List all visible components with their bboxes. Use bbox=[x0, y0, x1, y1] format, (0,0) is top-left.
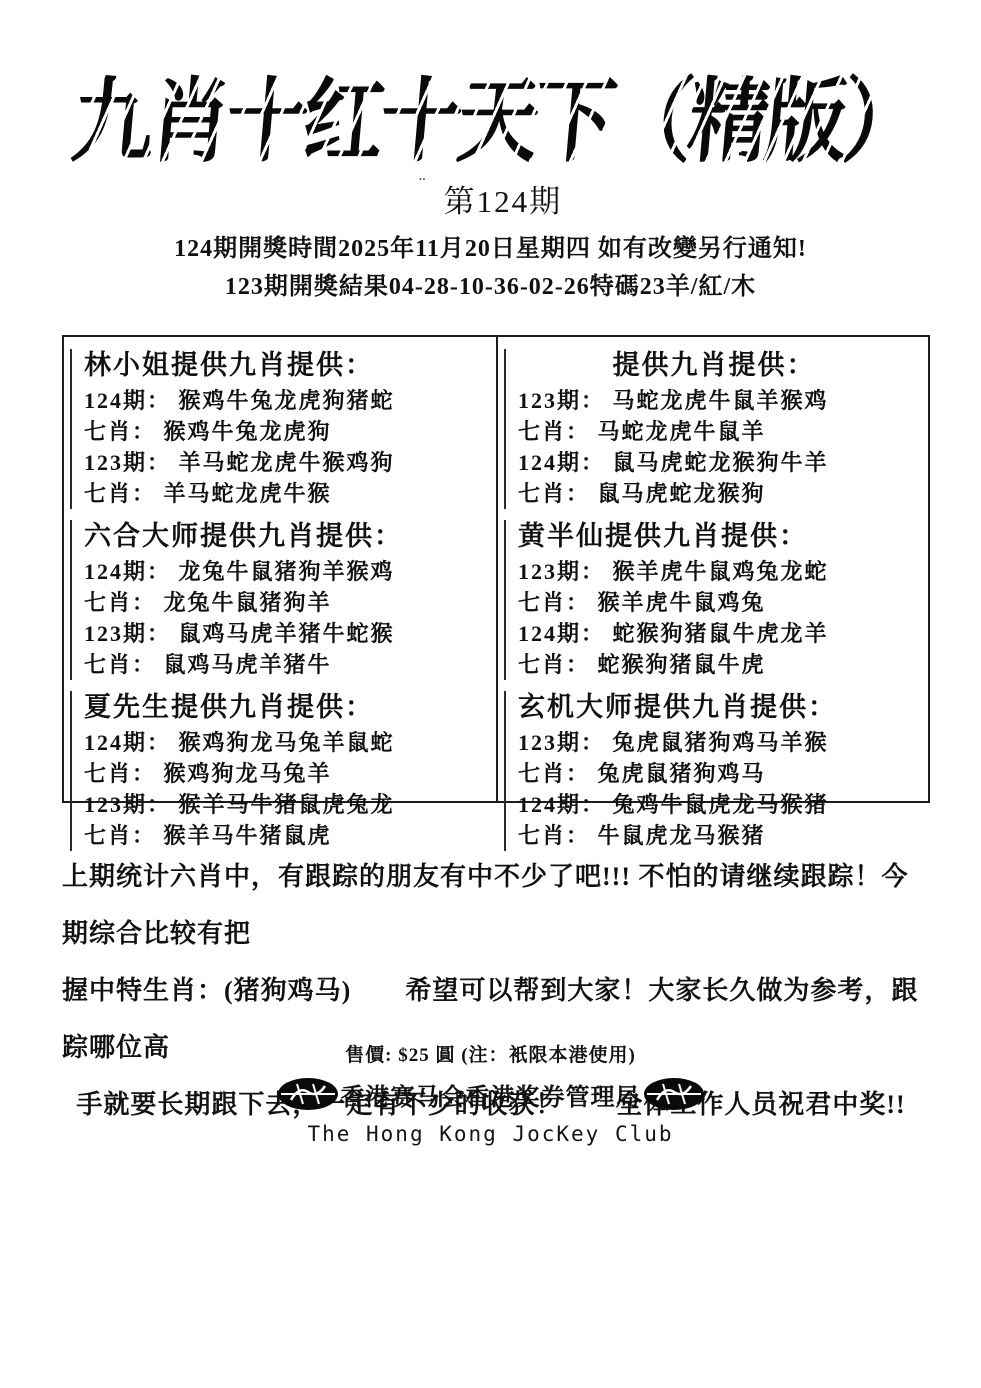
prediction-row: 七肖： 马蛇龙虎牛鼠羊 bbox=[518, 416, 922, 447]
prediction-row: 七肖： 猴羊马牛猪鼠虎 bbox=[84, 820, 490, 851]
tipster-block-xuanji: 玄机大师提供九肖提供： 123期： 兔虎鼠猪狗鸡马羊猴 七肖： 兔虎鼠猪狗鸡马 … bbox=[504, 691, 922, 851]
prediction-row: 七肖： 猴鸡牛兔龙虎狗 bbox=[84, 416, 490, 447]
commentary-line: 上期统计六肖中，有跟踪的朋友有中不少了吧!!! 不怕的请继续跟踪！今期综合比较有… bbox=[62, 848, 920, 962]
tipster-header: 黄半仙提供九肖提供： bbox=[518, 520, 922, 552]
prediction-row: 124期： 猴鸡狗龙马兔羊鼠蛇 bbox=[84, 727, 490, 758]
predictions-panel: 林小姐提供九肖提供： 124期： 猴鸡牛兔龙虎狗猪蛇 七肖： 猴鸡牛兔龙虎狗 1… bbox=[62, 335, 930, 803]
tipster-block-lin: 林小姐提供九肖提供： 124期： 猴鸡牛兔龙虎狗猪蛇 七肖： 猴鸡牛兔龙虎狗 1… bbox=[70, 349, 490, 509]
prediction-row: 123期： 兔虎鼠猪狗鸡马羊猴 bbox=[518, 727, 922, 758]
jockey-club-name-cn: 香港赛马会香港奖券管理局 bbox=[341, 1077, 641, 1112]
draw-time-notice: 124期開獎時間2025年11月20日星期四 如有改變另行通知! bbox=[0, 228, 981, 263]
prediction-row: 123期： 猴羊马牛猪鼠虎兔龙 bbox=[84, 789, 490, 820]
panel-column-left: 林小姐提供九肖提供： 124期： 猴鸡牛兔龙虎狗猪蛇 七肖： 猴鸡牛兔龙虎狗 1… bbox=[64, 337, 496, 801]
masthead: 九肖十红十天下（精版） bbox=[0, 44, 981, 184]
prediction-row: 123期： 鼠鸡马虎羊猪牛蛇猴 bbox=[84, 618, 490, 649]
tipster-block-anon: 提供九肖提供： 123期： 马蛇龙虎牛鼠羊猴鸡 七肖： 马蛇龙虎牛鼠羊 124期… bbox=[504, 349, 922, 509]
prediction-row: 123期： 羊马蛇龙虎牛猴鸡狗 bbox=[84, 447, 490, 478]
issue-line: ¨ 第124期 bbox=[0, 176, 981, 221]
issue-number: 第124期 bbox=[444, 176, 563, 221]
panel-column-right: 提供九肖提供： 123期： 马蛇龙虎牛鼠羊猴鸡 七肖： 马蛇龙虎牛鼠羊 124期… bbox=[496, 337, 928, 801]
tipster-header: 提供九肖提供： bbox=[518, 349, 922, 381]
tipster-block-xia: 夏先生提供九肖提供： 124期： 猴鸡狗龙马兔羊鼠蛇 七肖： 猴鸡狗龙马兔羊 1… bbox=[70, 691, 490, 851]
tip-sheet-page: 九肖十红十天下（精版） ¨ 第124期 124期開獎時間2025年11月20日星… bbox=[0, 0, 981, 1388]
prediction-row: 七肖： 羊马蛇龙虎牛猴 bbox=[84, 478, 490, 509]
prediction-row: 124期： 龙兔牛鼠猪狗羊猴鸡 bbox=[84, 556, 490, 587]
prediction-row: 七肖： 龙兔牛鼠猪狗羊 bbox=[84, 587, 490, 618]
tipster-header: 林小姐提供九肖提供： bbox=[84, 349, 490, 381]
prediction-row: 七肖： 鼠鸡马虎羊猪牛 bbox=[84, 649, 490, 680]
jockey-club-line: 香港赛马会香港奖券管理局 bbox=[0, 1076, 981, 1112]
masthead-title: 九肖十红十天下（精版） bbox=[67, 48, 925, 179]
prediction-row: 七肖： 牛鼠虎龙马猴猪 bbox=[518, 820, 922, 851]
tipster-header: 夏先生提供九肖提供： bbox=[84, 691, 490, 723]
prediction-row: 七肖： 猴羊虎牛鼠鸡兔 bbox=[518, 587, 922, 618]
prediction-row: 七肖： 猴鸡狗龙马兔羊 bbox=[84, 758, 490, 789]
tipster-block-liuhe: 六合大师提供九肖提供： 124期： 龙兔牛鼠猪狗羊猴鸡 七肖： 龙兔牛鼠猪狗羊 … bbox=[70, 520, 490, 680]
prediction-row: 七肖： 兔虎鼠猪狗鸡马 bbox=[518, 758, 922, 789]
prediction-row: 124期： 猴鸡牛兔龙虎狗猪蛇 bbox=[84, 385, 490, 416]
prediction-row: 124期： 兔鸡牛鼠虎龙马猴猪 bbox=[518, 789, 922, 820]
price-line: 售價: $25 圓 (注：衹限本港使用) bbox=[0, 1040, 981, 1067]
prediction-row: 124期： 蛇猴狗猪鼠牛虎龙羊 bbox=[518, 618, 922, 649]
scan-noise-mark: ¨ bbox=[419, 174, 428, 197]
prediction-row: 124期： 鼠马虎蛇龙猴狗牛羊 bbox=[518, 447, 922, 478]
hkjc-logo-icon bbox=[643, 1076, 705, 1112]
tipster-header: 六合大师提供九肖提供： bbox=[84, 520, 490, 552]
last-result-notice: 123期開獎結果04-28-10-36-02-26特碼23羊/紅/木 bbox=[0, 266, 981, 301]
prediction-row: 七肖： 蛇猴狗猪鼠牛虎 bbox=[518, 649, 922, 680]
tipster-header: 玄机大师提供九肖提供： bbox=[518, 691, 922, 723]
prediction-row: 七肖： 鼠马虎蛇龙猴狗 bbox=[518, 478, 922, 509]
tipster-block-huang: 黄半仙提供九肖提供： 123期： 猴羊虎牛鼠鸡兔龙蛇 七肖： 猴羊虎牛鼠鸡兔 1… bbox=[504, 520, 922, 680]
prediction-row: 123期： 马蛇龙虎牛鼠羊猴鸡 bbox=[518, 385, 922, 416]
prediction-row: 123期： 猴羊虎牛鼠鸡兔龙蛇 bbox=[518, 556, 922, 587]
hkjc-logo-icon bbox=[277, 1076, 339, 1112]
jockey-club-name-en: The Hong Kong JocKey Club bbox=[0, 1122, 981, 1146]
